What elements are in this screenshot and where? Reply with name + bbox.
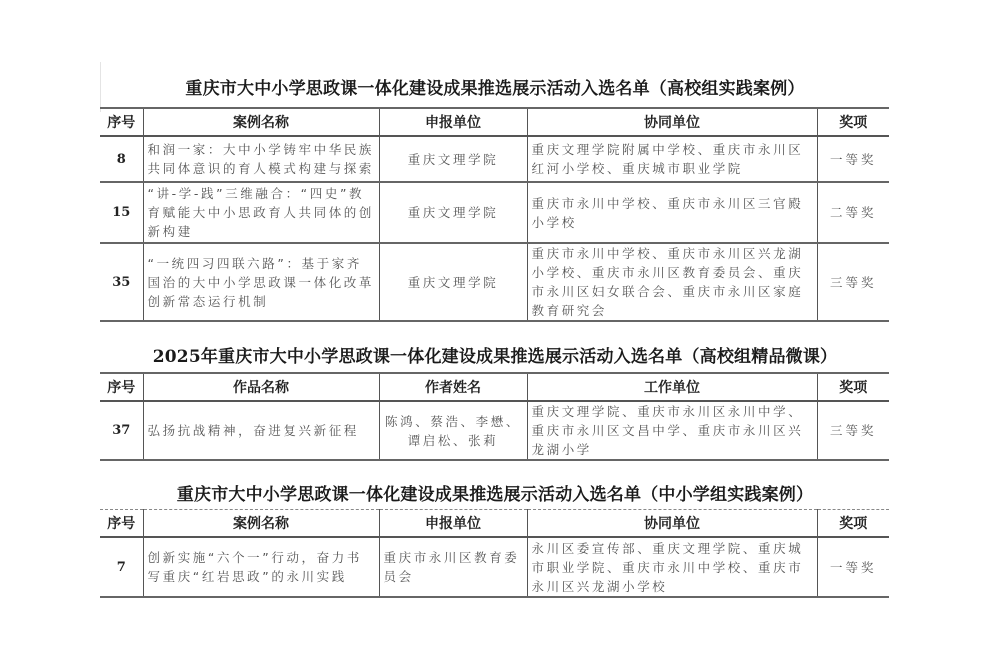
cell-case-name: “讲-学-践”三维融合：“四史”教育赋能大中小思政育人共同体的创新构建 — [143, 182, 379, 243]
header-case-name: 案例名称 — [143, 108, 379, 136]
cell-applicant-unit: 重庆文理学院 — [379, 182, 527, 243]
cell-award: 二等奖 — [817, 182, 889, 243]
cell-work-units: 重庆文理学院、重庆市永川区永川中学、重庆市永川区文昌中学、重庆市永川区兴龙湖小学 — [527, 401, 817, 460]
table-row: 7 创新实施“六个一”行动，奋力书写重庆“红岩思政”的永川实践 重庆市永川区教育… — [100, 537, 889, 597]
cell-case-name: 创新实施“六个一”行动，奋力书写重庆“红岩思政”的永川实践 — [143, 537, 379, 597]
header-seq: 序号 — [100, 108, 143, 136]
cell-seq: 35 — [100, 243, 143, 321]
header-seq: 序号 — [100, 373, 143, 401]
cell-applicant-unit: 重庆文理学院 — [379, 136, 527, 182]
table-header-row: 序号 案例名称 申报单位 协同单位 奖项 — [100, 510, 889, 538]
cell-award: 三等奖 — [817, 243, 889, 321]
cell-seq: 8 — [100, 136, 143, 182]
header-award: 奖项 — [817, 108, 889, 136]
cell-partner-units: 重庆市永川中学校、重庆市永川区兴龙湖小学校、重庆市永川区教育委员会、重庆市永川区… — [527, 243, 817, 321]
cell-partner-units: 重庆文理学院附属中学校、重庆市永川区红河小学校、重庆城市职业学院 — [527, 136, 817, 182]
cell-case-name: “一统四习四联六路”：基于家齐国治的大中小学思政课一体化改革创新常态运行机制 — [143, 243, 379, 321]
table-header-row: 序号 案例名称 申报单位 协同单位 奖项 — [100, 108, 889, 136]
section-title-school-practice: 重庆市大中小学思政课一体化建设成果推选展示活动入选名单（中小学组实践案例） — [100, 480, 890, 505]
cell-seq: 15 — [100, 182, 143, 243]
header-award: 奖项 — [817, 510, 889, 538]
cell-partner-units: 永川区委宣传部、重庆文理学院、重庆城市职业学院、重庆市永川中学校、重庆市永川区兴… — [527, 537, 817, 597]
header-work-units: 工作单位 — [527, 373, 817, 401]
cell-authors: 陈鸿、蔡浩、李懋、谭启松、张莉 — [379, 401, 527, 460]
header-work-name: 作品名称 — [143, 373, 379, 401]
cell-award: 三等奖 — [817, 401, 889, 460]
table-school-practice: 序号 案例名称 申报单位 协同单位 奖项 7 创新实施“六个一”行动，奋力书写重… — [100, 509, 889, 598]
cell-award: 一等奖 — [817, 136, 889, 182]
section-title-university-microcourse: 2025年重庆市大中小学思政课一体化建设成果推选展示活动入选名单（高校组精品微课… — [100, 342, 890, 367]
table-row: 15 “讲-学-践”三维融合：“四史”教育赋能大中小思政育人共同体的创新构建 重… — [100, 182, 889, 243]
table-header-row: 序号 作品名称 作者姓名 工作单位 奖项 — [100, 373, 889, 401]
cell-case-name: 和润一家：大中小学铸牢中华民族共同体意识的育人模式构建与探索 — [143, 136, 379, 182]
table-university-practice: 序号 案例名称 申报单位 协同单位 奖项 8 和润一家：大中小学铸牢中华民族共同… — [100, 107, 889, 322]
table-row: 37 弘扬抗战精神，奋进复兴新征程 陈鸿、蔡浩、李懋、谭启松、张莉 重庆文理学院… — [100, 401, 889, 460]
table-row: 35 “一统四习四联六路”：基于家齐国治的大中小学思政课一体化改革创新常态运行机… — [100, 243, 889, 321]
header-case-name: 案例名称 — [143, 510, 379, 538]
section-title-university-practice: 重庆市大中小学思政课一体化建设成果推选展示活动入选名单（高校组实践案例） — [100, 74, 890, 99]
header-partner-units: 协同单位 — [527, 510, 817, 538]
cell-applicant-unit: 重庆市永川区教育委员会 — [379, 537, 527, 597]
table-university-microcourse: 序号 作品名称 作者姓名 工作单位 奖项 37 弘扬抗战精神，奋进复兴新征程 陈… — [100, 372, 889, 461]
header-applicant-unit: 申报单位 — [379, 108, 527, 136]
cell-award: 一等奖 — [817, 537, 889, 597]
header-partner-units: 协同单位 — [527, 108, 817, 136]
header-authors: 作者姓名 — [379, 373, 527, 401]
cell-seq: 7 — [100, 537, 143, 597]
cell-work-name: 弘扬抗战精神，奋进复兴新征程 — [143, 401, 379, 460]
header-applicant-unit: 申报单位 — [379, 510, 527, 538]
table-row: 8 和润一家：大中小学铸牢中华民族共同体意识的育人模式构建与探索 重庆文理学院 … — [100, 136, 889, 182]
header-award: 奖项 — [817, 373, 889, 401]
header-seq: 序号 — [100, 510, 143, 538]
cell-applicant-unit: 重庆文理学院 — [379, 243, 527, 321]
cell-partner-units: 重庆市永川中学校、重庆市永川区三官殿小学校 — [527, 182, 817, 243]
cell-seq: 37 — [100, 401, 143, 460]
